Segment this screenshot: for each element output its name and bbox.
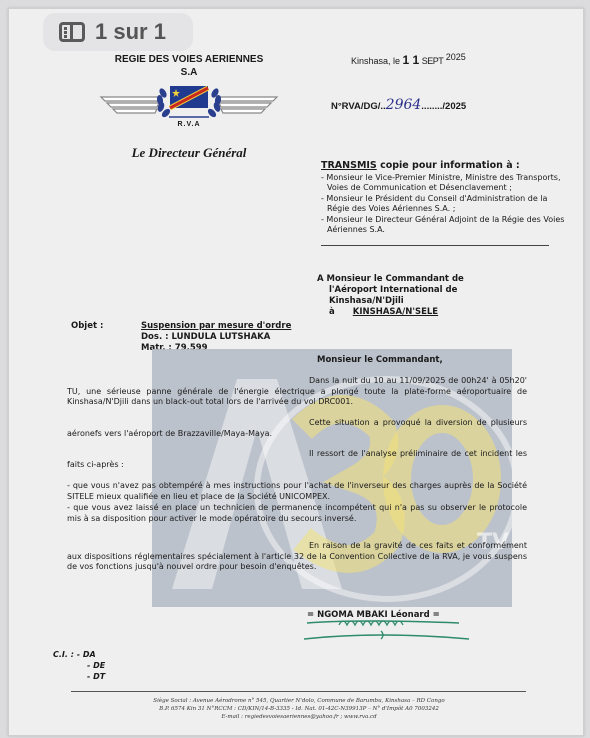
footer-divider (71, 691, 526, 692)
date-month: SEPT (422, 56, 444, 66)
internal-copies: C.I. : - DA - DE - DT (53, 649, 105, 682)
copy-recipient: - Monsieur le Président du Conseil d'Adm… (321, 194, 571, 215)
reference-number: N°RVA/DG/..2964......../2025 (331, 97, 466, 113)
date-day: 1 1 (403, 53, 420, 67)
org-line2: S.A (99, 66, 279, 79)
recipient-city: KINSHASA/N'SELE (353, 307, 438, 317)
ci-label: C.I. : (53, 650, 74, 659)
logo-caption: R.V.A (99, 121, 279, 128)
copy-recipient: - Monsieur le Directeur Général Adjoint … (321, 215, 571, 236)
sidebar-icon[interactable] (59, 22, 85, 42)
copy-recipients: TRANSMIS copie pour information à : - Mo… (321, 161, 571, 236)
salutation: Monsieur le Commandant, (317, 355, 443, 365)
divider (321, 245, 549, 246)
date-prefix: Kinshasa, le (351, 56, 400, 66)
fact-2: - que vous avez laissé en place un techn… (67, 503, 527, 524)
footer-registration: B.P. 6574 Kin 31 N°RCCM : CD/KIN/14-B-33… (69, 705, 529, 713)
ci-item: - DT (53, 671, 105, 682)
paragraph-2: Cette situation a provoqué la diversion … (67, 418, 527, 439)
recipient-line3: Kinshasa/N'Djili (317, 296, 464, 307)
page-indicator-label: 1 sur 1 (95, 19, 166, 45)
subject-label: Objet : (71, 321, 103, 331)
subject-title: Suspension par mesure d'ordre (141, 321, 291, 332)
copy-recipient: - Monsieur le Vice-Premier Ministre, Min… (321, 173, 571, 194)
signatory-name: = NGOMA MBAKI Léonard = (307, 610, 440, 620)
rva-logo-icon (99, 83, 279, 123)
ci-item: - DE (53, 660, 105, 671)
paragraph-1: Dans la nuit du 10 au 11/09/2025 de 00h2… (67, 376, 527, 408)
copy-heading: TRANSMIS copie pour information à : (321, 161, 571, 172)
footer-contact: E-mail : regiedesvoiesaeriennes@yahoo.fr… (69, 713, 529, 721)
fact-1: - que vous n'avez pas obtempéré à mes in… (67, 481, 527, 502)
copy-heading-rest: copie pour information à : (377, 160, 520, 171)
footer-address: Siège Social : Avenue Aérodrome n° 545, … (69, 697, 529, 705)
page-indicator[interactable]: 1 sur 1 (43, 13, 193, 51)
date-line: Kinshasa, le 1 1 SEPT 2025 (351, 53, 466, 67)
paragraph-4: En raison de la gravité de ces faits et … (67, 541, 527, 573)
sender-title: Le Directeur Général (99, 145, 279, 161)
document-page: 1 sur 1 REGIE DES VOIES AERIENNES S.A (8, 8, 584, 736)
paragraph-3: Il ressort de l'analyse préliminaire de … (67, 449, 527, 470)
reference-prefix: N°RVA/DG/.. (331, 101, 386, 112)
reference-handwritten-number: 2964 (386, 97, 422, 113)
org-line1: REGIE DES VOIES AERIENNES (99, 53, 279, 66)
recipient-address: A Monsieur le Commandant de l'Aéroport I… (317, 274, 464, 318)
organization-name: REGIE DES VOIES AERIENNES S.A (99, 53, 279, 79)
copy-heading-label: TRANSMIS (321, 160, 377, 171)
recipient-line2: l'Aéroport International de (317, 285, 464, 296)
signature-icon (299, 617, 479, 647)
recipient-line1: A Monsieur le Commandant de (317, 274, 464, 285)
date-year: 2025 (446, 52, 466, 62)
ci-item: - DA (77, 650, 96, 659)
footer: Siège Social : Avenue Aérodrome n° 545, … (69, 697, 529, 721)
subject-dossier: Dos. : LUNDULA LUTSHAKA (141, 332, 291, 343)
recipient-a: à (329, 307, 335, 317)
reference-suffix: ......../2025 (421, 101, 466, 112)
